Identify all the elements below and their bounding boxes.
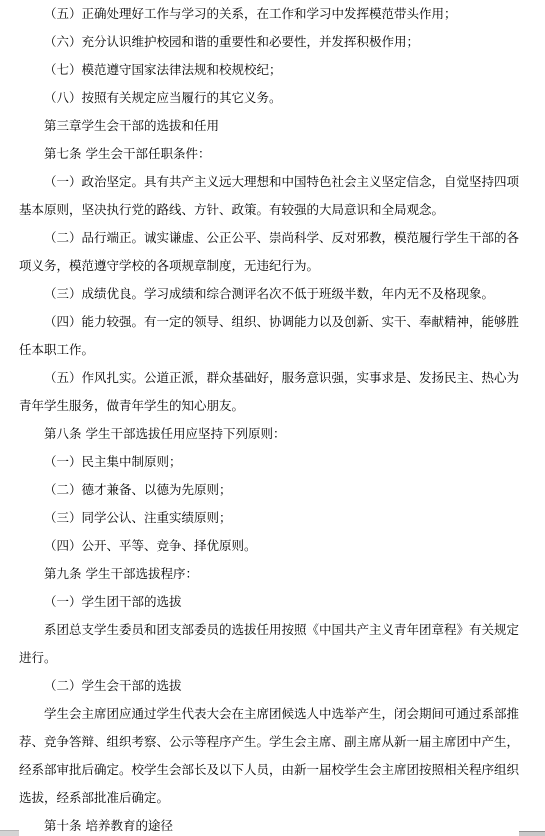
paragraph-list-item: （二）德才兼备、以德为先原则； — [19, 476, 519, 504]
paragraph-list-item: （四）公开、平等、竞争、择优原则。 — [19, 532, 519, 560]
paragraph-article-heading: 第九条 学生干部选拔程序： — [19, 560, 519, 588]
paragraph-list-item: （四）能力较强。有一定的领导、组织、协调能力以及创新、实干、奉献精神，能够胜任本… — [19, 308, 519, 364]
paragraph-article-heading: 第十条 培养教育的途径 — [19, 812, 519, 836]
paragraph-list-item: （五）正确处理好工作与学习的关系，在工作和学习中发挥模范带头作用； — [19, 0, 519, 28]
paragraph-list-item: （二）品行端正。诚实谦虚、公正公平、崇尚科学、反对邪教，模范履行学生干部的各项义… — [19, 224, 519, 280]
paragraph-list-item: （五）作风扎实。公道正派，群众基础好，服务意识强，实事求是、发扬民主、热心为青年… — [19, 364, 519, 420]
paragraph-article-heading: 第八条 学生干部选拔任用应坚持下列原则： — [19, 420, 519, 448]
paragraph-list-item: （六）充分认识维护校园和谐的重要性和必要性，并发挥积极作用； — [19, 28, 519, 56]
paragraph-list-item: （一）民主集中制原则； — [19, 448, 519, 476]
paragraph-list-item: （一）政治坚定。具有共产主义远大理想和中国特色社会主义坚定信念，自觉坚持四项基本… — [19, 168, 519, 224]
paragraph-list-item: （三）同学公认、注重实绩原则； — [19, 504, 519, 532]
paragraph-article-heading: 第七条 学生会干部任职条件： — [19, 140, 519, 168]
paragraph-chapter-heading: 第三章学生会干部的选拔和任用 — [19, 112, 519, 140]
scrollbar-fragment-left[interactable] — [0, 830, 19, 836]
paragraph-list-item: （一）学生团干部的选拔 — [19, 588, 519, 616]
paragraph-list-item: （二）学生会干部的选拔 — [19, 672, 519, 700]
document-page: （五）正确处理好工作与学习的关系，在工作和学习中发挥模范带头作用；（六）充分认识… — [19, 0, 519, 836]
paragraph-body: 系团总支学生委员和团支部委员的选拔任用按照《中国共产主义青年团章程》有关规定进行… — [19, 616, 519, 672]
paragraph-list-item: （七）模范遵守国家法律法规和校规校纪； — [19, 56, 519, 84]
paragraph-list-item: （八）按照有关规定应当履行的其它义务。 — [19, 84, 519, 112]
scrollbar-fragment-right[interactable] — [519, 831, 545, 836]
paragraph-list-item: （三）成绩优良。学习成绩和综合测评名次不低于班级半数，年内无不及格现象。 — [19, 280, 519, 308]
paragraph-body: 学生会主席团应通过学生代表大会在主席团候选人中选举产生，闭会期间可通过系部推荐、… — [19, 700, 519, 812]
